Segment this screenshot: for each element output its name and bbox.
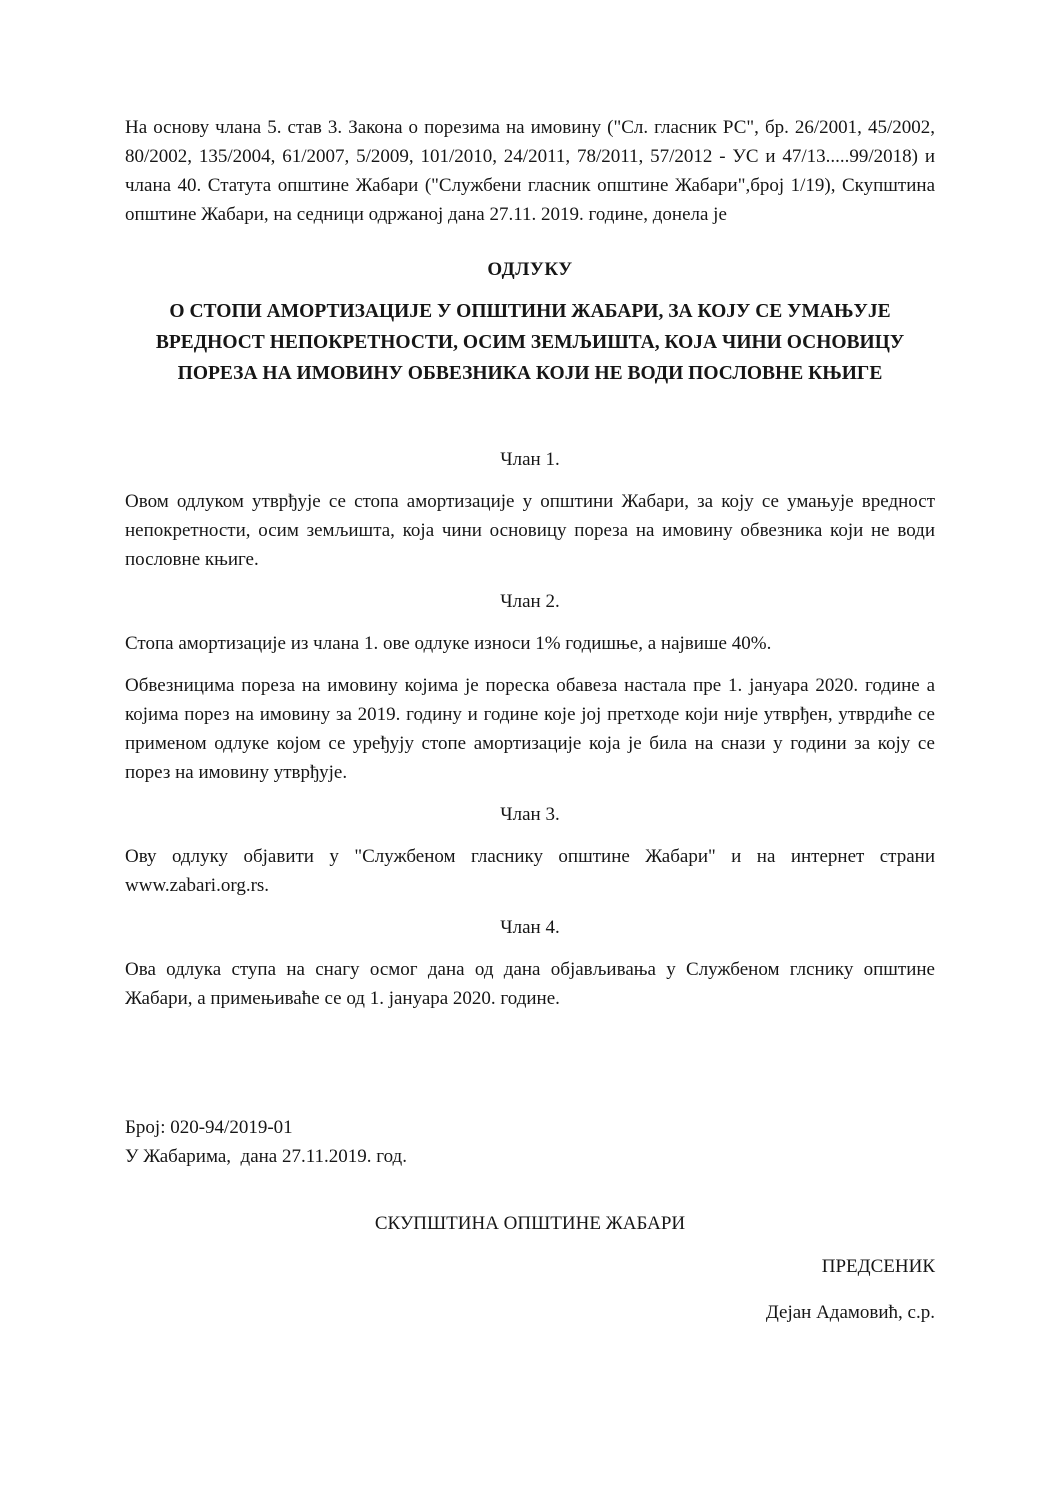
article-4: Члан 4. Ова одлука ступа на снагу осмог … [125,913,935,1013]
document-subtitle: О СТОПИ АМОРТИЗАЦИЈЕ У ОПШТИНИ ЖАБАРИ, З… [125,296,935,389]
signature-name: Дејан Адамовић, с.р. [125,1298,935,1327]
article-2-paragraph-1: Стопа амортизације из члана 1. ове одлук… [125,629,935,658]
article-2-heading: Члан 2. [125,587,935,616]
document-page: На основу члана 5. став 3. Закона о поре… [0,0,1058,1497]
article-4-heading: Члан 4. [125,913,935,942]
article-1-heading: Члан 1. [125,445,935,474]
intro-paragraph: На основу члана 5. став 3. Закона о поре… [125,113,935,229]
document-title: ОДЛУКУ [125,255,935,284]
place-date-line: У Жабарима, дана 27.11.2019. год. [125,1142,935,1171]
article-1-paragraph: Овом одлуком утврђује се стопа амортизац… [125,487,935,574]
article-2: Члан 2. Стопа амортизације из члана 1. о… [125,587,935,787]
article-3-heading: Члан 3. [125,800,935,829]
article-2-paragraph-2: Обвезницима пореза на имовину којима је … [125,671,935,787]
article-1: Члан 1. Овом одлуком утврђује се стопа а… [125,445,935,574]
article-4-paragraph: Ова одлука ступа на снагу осмог дана од … [125,955,935,1013]
document-number-line: Број: 020-94/2019-01 [125,1113,935,1142]
footer-block: Број: 020-94/2019-01 У Жабарима, дана 27… [125,1113,935,1171]
article-3-paragraph: Ову одлуку објавити у "Службеном гласник… [125,842,935,900]
article-3: Члан 3. Ову одлуку објавити у "Службеном… [125,800,935,900]
assembly-name-line: СКУПШТИНА ОПШТИНЕ ЖАБАРИ [125,1209,935,1238]
signature-title: ПРЕДСЕНИК [125,1252,935,1281]
